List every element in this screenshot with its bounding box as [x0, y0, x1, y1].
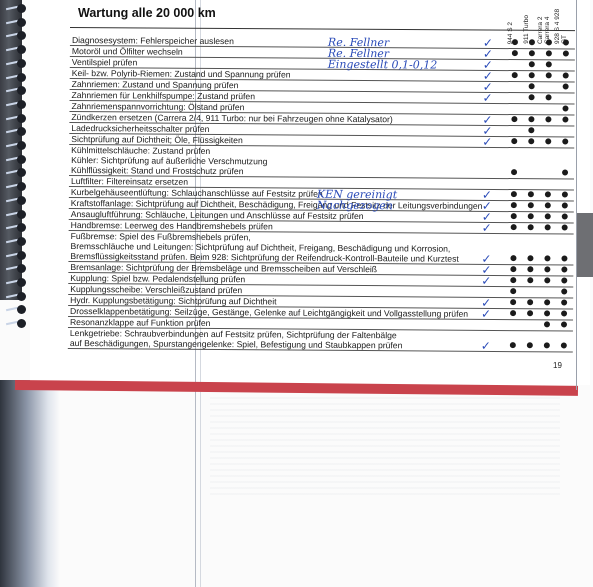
spiral-ring [6, 305, 28, 314]
applicability-dot-icon [510, 266, 516, 272]
applicability-dot-icon [527, 299, 533, 305]
model-applicability-dots [508, 298, 572, 307]
spiral-ring [6, 292, 28, 301]
applicability-dot-icon [562, 191, 568, 197]
applicability-dot-icon [527, 342, 533, 348]
applicability-dot-icon [545, 138, 551, 144]
spiral-ring [6, 264, 28, 273]
checklist-row: Fußbremse: Spiel des Fußbremshebels prüf… [68, 231, 573, 266]
applicability-dot-icon [529, 72, 535, 78]
check-mark-icon: ✓ [483, 93, 493, 103]
spiral-ring [6, 127, 28, 136]
model-applicability-dots [509, 179, 573, 188]
applicability-dot-icon [544, 321, 550, 327]
applicability-dot-icon [510, 277, 516, 283]
check-mark-icon: ✓ [482, 223, 492, 233]
check-mark-icon: ✓ [481, 276, 491, 286]
applicability-dot-icon [528, 116, 534, 122]
applicability-dot-icon [561, 277, 567, 283]
spiral-ring [6, 237, 28, 246]
handwritten-note: Nachgezogen [317, 201, 393, 212]
applicability-dot-icon [511, 202, 517, 208]
spiral-ring [6, 4, 28, 13]
spiral-ring [6, 31, 28, 40]
applicability-dot-icon [510, 310, 516, 316]
model-applicability-dots [509, 190, 573, 199]
model-applicability-dots [508, 309, 572, 318]
applicability-dot-icon [546, 50, 552, 56]
spiral-ring [6, 100, 28, 109]
model-applicability-dots [508, 254, 572, 263]
applicability-dot-icon [546, 61, 552, 67]
model-applicability-dots [508, 341, 572, 350]
applicability-dot-icon [527, 310, 533, 316]
applicability-dot-icon [544, 299, 550, 305]
applicability-dot-icon [510, 255, 516, 261]
model-applicability-dots [510, 38, 574, 47]
check-mark-icon: ✓ [481, 341, 491, 351]
applicability-dot-icon [545, 224, 551, 230]
applicability-dot-icon [528, 127, 534, 133]
applicability-dot-icon [529, 61, 535, 67]
applicability-dot-icon [545, 213, 551, 219]
checklist-row: Lenkgetriebe: Schraubverbindungen auf Fe… [68, 328, 573, 353]
spiral-ring [6, 223, 28, 232]
model-applicability-dots [508, 276, 572, 285]
spiral-ring [6, 319, 28, 328]
bleed-through [210, 395, 560, 495]
applicability-dot-icon [545, 202, 551, 208]
spiral-ring [6, 18, 28, 27]
applicability-dot-icon [546, 94, 552, 100]
binding-shadow [0, 380, 60, 587]
page-title: Wartung alle 20 000 km [78, 6, 216, 20]
applicability-dot-icon [511, 213, 517, 219]
applicability-dot-icon [544, 310, 550, 316]
applicability-dot-icon [544, 266, 550, 272]
applicability-dot-icon [528, 224, 534, 230]
model-applicability-dots [509, 137, 573, 146]
model-applicability-dots [510, 60, 574, 69]
spiral-ring [6, 168, 28, 177]
applicability-dot-icon [562, 138, 568, 144]
spiral-ring [6, 278, 28, 287]
applicability-dot-icon [511, 191, 517, 197]
model-applicability-dots [509, 212, 573, 221]
applicability-dot-icon [544, 342, 550, 348]
applicability-dot-icon [527, 255, 533, 261]
spiral-ring [6, 155, 28, 164]
check-mark-icon: ✓ [482, 137, 492, 147]
applicability-dot-icon [561, 342, 567, 348]
applicability-dot-icon [529, 83, 535, 89]
section-tab [577, 213, 593, 277]
applicability-dot-icon [562, 202, 568, 208]
task-text: auf Beschädigungen, Spurstangengelenke: … [70, 338, 573, 352]
applicability-dot-icon [528, 191, 534, 197]
applicability-dot-icon [562, 105, 568, 111]
applicability-dot-icon [561, 288, 567, 294]
applicability-dot-icon [529, 50, 535, 56]
applicability-dot-icon [512, 72, 518, 78]
spiral-ring [6, 196, 28, 205]
applicability-dot-icon [529, 94, 535, 100]
model-applicability-dots [508, 320, 572, 329]
applicability-dot-icon [544, 277, 550, 283]
spiral-ring [6, 59, 28, 68]
model-applicability-dots [508, 265, 572, 274]
page-edge [576, 0, 577, 390]
model-applicability-dots [509, 168, 573, 177]
applicability-dot-icon [562, 224, 568, 230]
applicability-dot-icon [511, 116, 517, 122]
applicability-dot-icon [563, 50, 569, 56]
spiral-ring [6, 114, 28, 123]
applicability-dot-icon [563, 83, 569, 89]
maintenance-checklist: Diagnosesystem: Fehlerspeicher auslesenR… [68, 35, 575, 353]
applicability-dot-icon [544, 255, 550, 261]
applicability-dot-icon [512, 50, 518, 56]
model-applicability-dots [510, 82, 574, 91]
spiral-ring [6, 251, 28, 260]
applicability-dot-icon [511, 169, 517, 175]
applicability-dot-icon [510, 342, 516, 348]
applicability-dot-icon [562, 213, 568, 219]
spiral-ring [6, 210, 28, 219]
applicability-dot-icon [545, 191, 551, 197]
model-applicability-dots [509, 223, 573, 232]
applicability-dot-icon [561, 321, 567, 327]
check-mark-icon: ✓ [481, 309, 491, 319]
applicability-dot-icon [510, 299, 516, 305]
page-number: 19 [553, 361, 562, 370]
applicability-dot-icon [562, 116, 568, 122]
spiral-ring [6, 73, 28, 82]
model-applicability-dots [509, 115, 573, 124]
applicability-dot-icon [528, 202, 534, 208]
applicability-dot-icon [512, 39, 518, 45]
spiral-ring [6, 45, 28, 54]
applicability-dot-icon [511, 224, 517, 230]
model-applicability-dots [509, 201, 573, 210]
applicability-dot-icon [510, 288, 516, 294]
checklist-row: Kühlmittelschläuche: Zustand prüfenKühle… [69, 145, 574, 180]
applicability-dot-icon [562, 169, 568, 175]
model-applicability-dots [509, 126, 573, 135]
spiral-ring [6, 86, 28, 95]
applicability-dot-icon [563, 39, 569, 45]
applicability-dot-icon [511, 138, 517, 144]
spiral-rings [6, 0, 30, 300]
model-applicability-dots [510, 49, 574, 58]
applicability-dot-icon [563, 72, 569, 78]
spiral-ring [6, 182, 28, 191]
applicability-dot-icon [546, 72, 552, 78]
applicability-dot-icon [529, 39, 535, 45]
model-applicability-dots [509, 104, 573, 113]
applicability-dot-icon [561, 255, 567, 261]
applicability-dot-icon [528, 138, 534, 144]
applicability-dot-icon [561, 310, 567, 316]
applicability-dot-icon [561, 299, 567, 305]
model-applicability-dots [508, 287, 572, 296]
model-applicability-dots [510, 93, 574, 102]
applicability-dot-icon [545, 116, 551, 122]
applicability-dot-icon [528, 213, 534, 219]
applicability-dot-icon [527, 266, 533, 272]
applicability-dot-icon [527, 277, 533, 283]
applicability-dot-icon [561, 266, 567, 272]
model-applicability-dots [510, 71, 574, 80]
spiral-ring [6, 141, 28, 150]
applicability-dot-icon [546, 39, 552, 45]
